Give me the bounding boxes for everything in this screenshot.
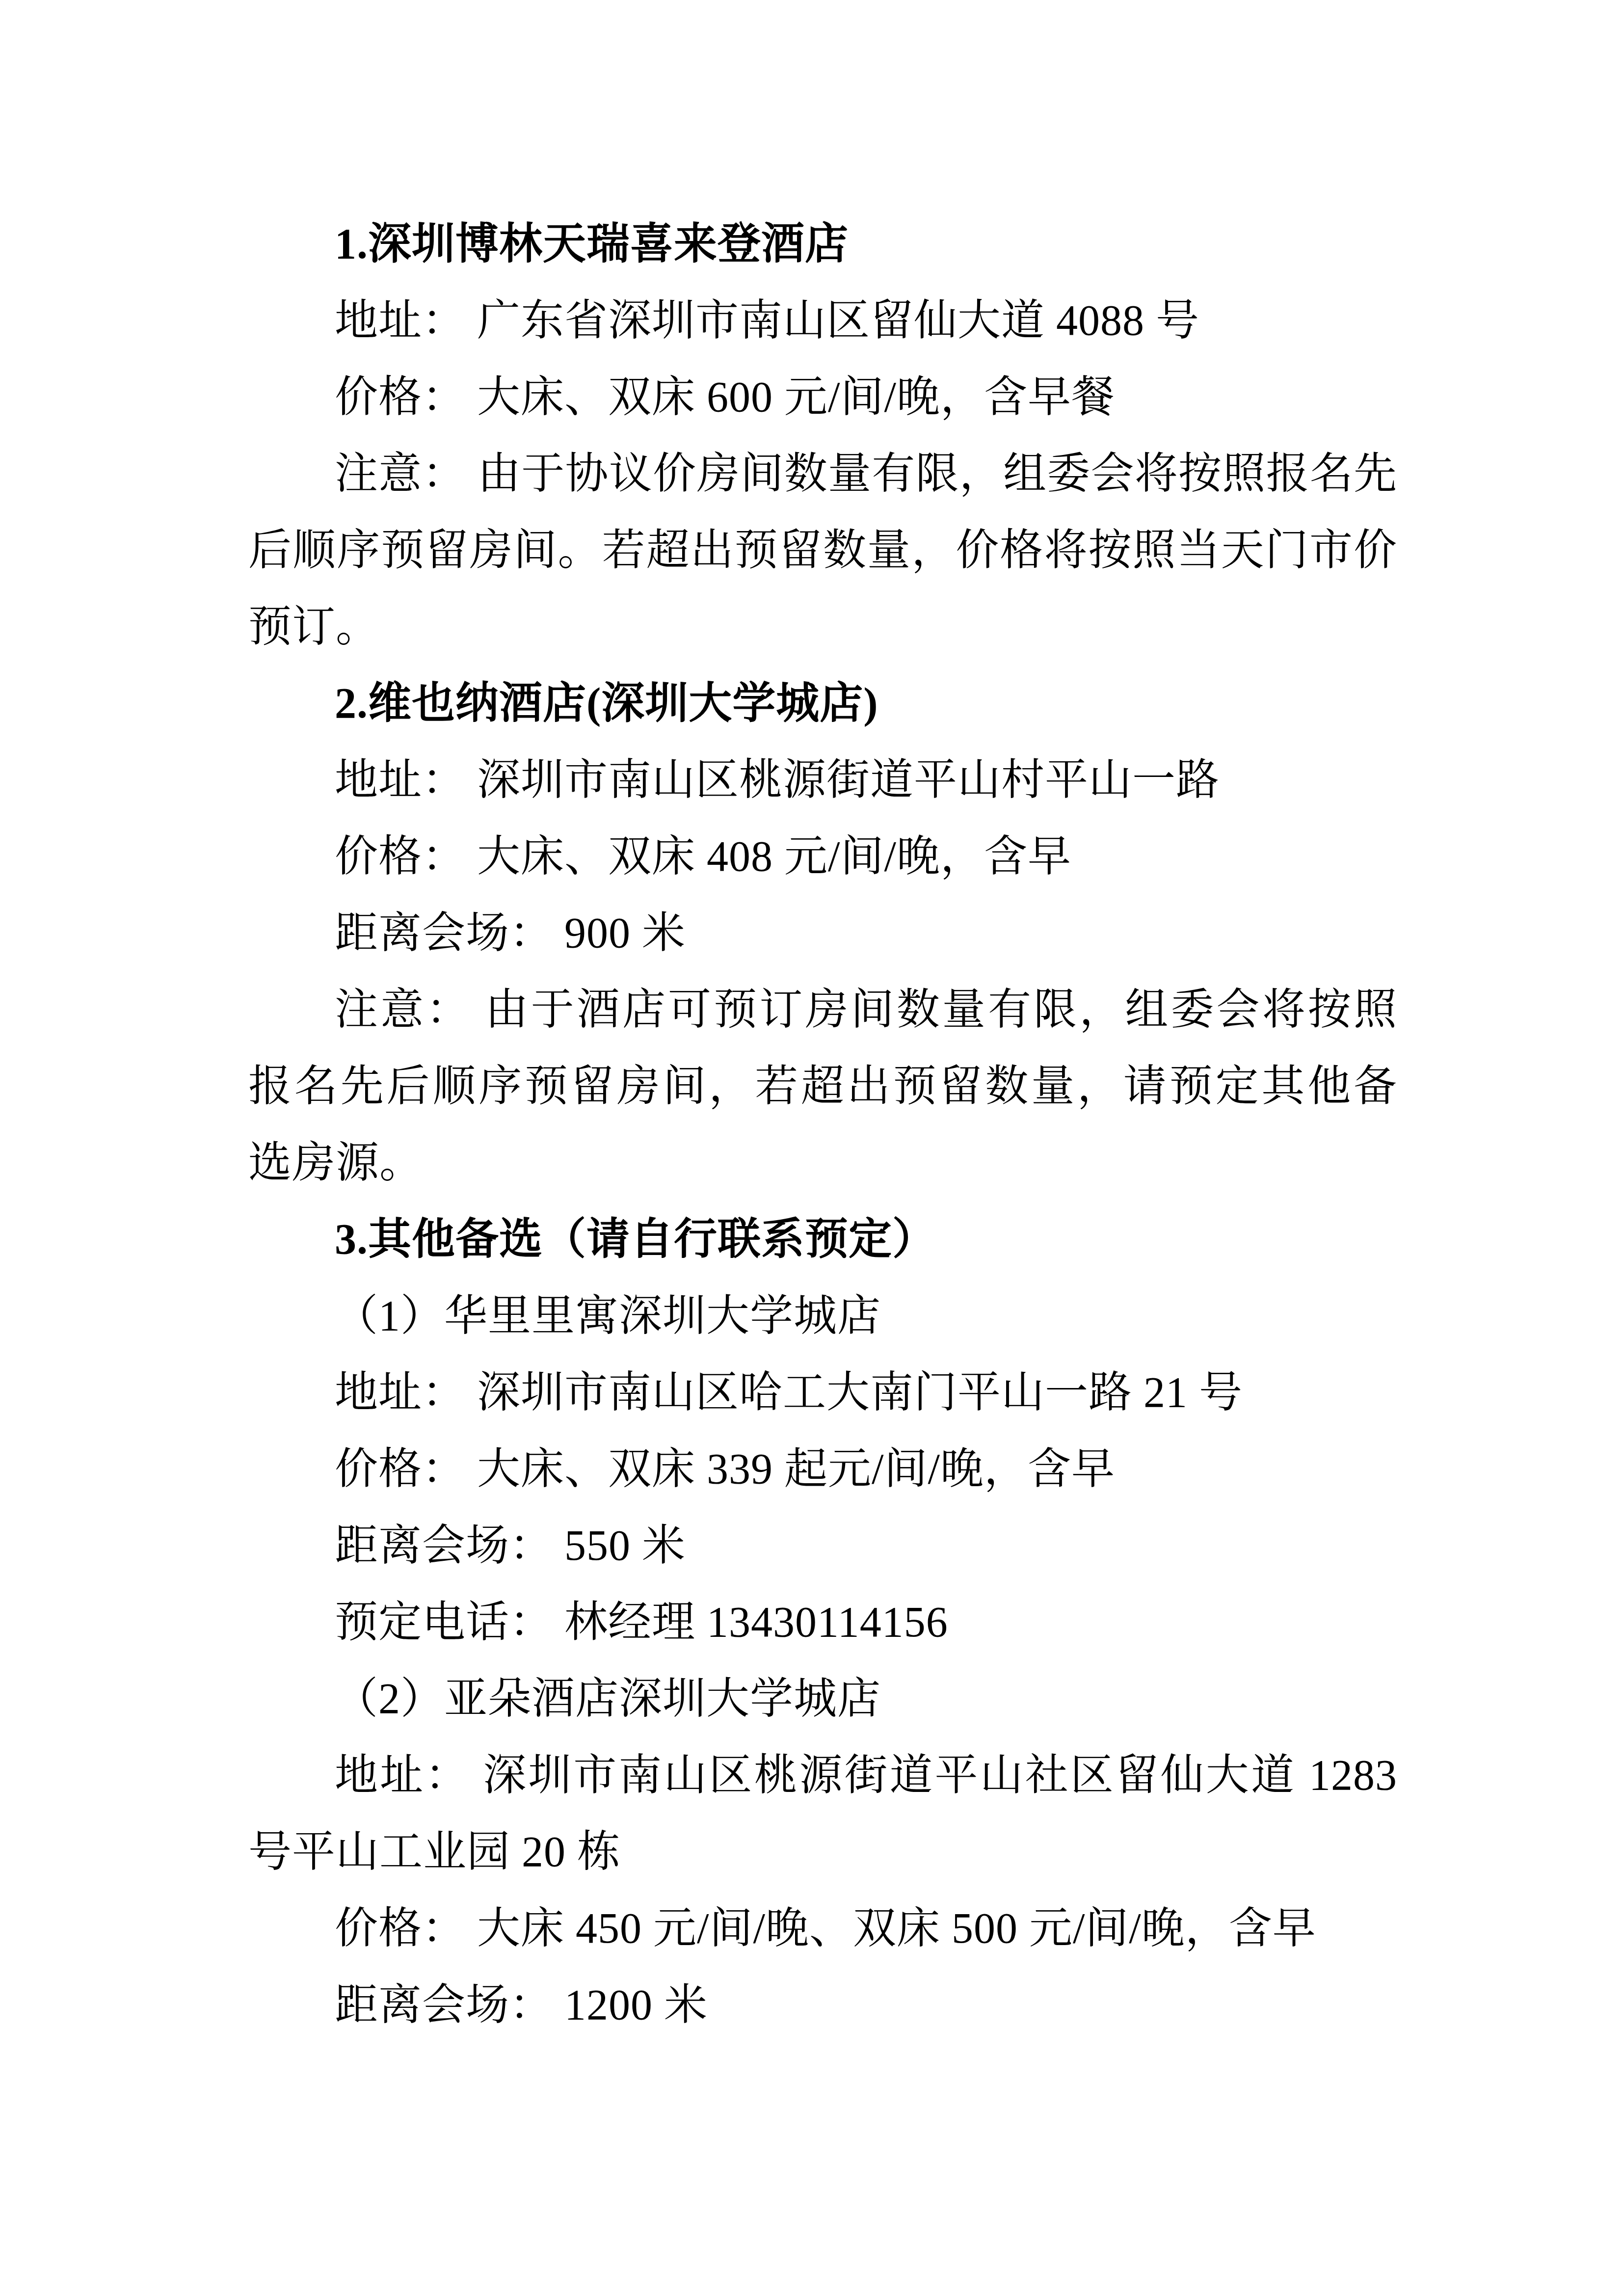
- section-3-title: 3.其他备选（请自行联系预定）: [248, 1201, 1397, 1278]
- alt-hotel-1-price: 价格： 大床、双床 339 起元/间/晚，含早: [248, 1431, 1397, 1508]
- hotel-2-note-line-2: 报名先后顺序预留房间，若超出预留数量，请预定其他备: [248, 1048, 1397, 1125]
- alt-hotel-2-address-line-1: 地址： 深圳市南山区桃源街道平山社区留仙大道 1283: [248, 1737, 1397, 1814]
- hotel-2-note-line-1: 注意： 由于酒店可预订房间数量有限，组委会将按照: [248, 972, 1397, 1048]
- alt-hotel-1-distance: 距离会场： 550 米: [248, 1508, 1397, 1584]
- hotel-2-price: 价格： 大床、双床 408 元/间/晚，含早: [248, 819, 1397, 895]
- hotel-2-title: 2.维也纳酒店(深圳大学城店): [248, 666, 1397, 742]
- alt-hotel-2-address-line-2: 号平山工业园 20 栋: [248, 1814, 1397, 1891]
- alt-hotel-2-price: 价格： 大床 450 元/间/晚、双床 500 元/间/晚，含早: [248, 1891, 1397, 1967]
- hotel-1-note-line-2: 后顺序预留房间。若超出预留数量，价格将按照当天门市价: [248, 512, 1397, 589]
- hotel-1-address: 地址： 广东省深圳市南山区留仙大道 4088 号: [248, 283, 1397, 359]
- alt-hotel-2-title: （2）亚朵酒店深圳大学城店: [248, 1661, 1397, 1737]
- hotel-1-price: 价格： 大床、双床 600 元/间/晚，含早餐: [248, 359, 1397, 436]
- hotel-2-address: 地址： 深圳市南山区桃源街道平山村平山一路: [248, 742, 1397, 819]
- page-content: 1.深圳博林天瑞喜来登酒店 地址： 广东省深圳市南山区留仙大道 4088 号 价…: [248, 206, 1397, 2044]
- alt-hotel-2-distance: 距离会场： 1200 米: [248, 1967, 1397, 2044]
- hotel-1-note-line-3: 预订。: [248, 589, 1397, 666]
- alt-hotel-1-title: （1）华里里寓深圳大学城店: [248, 1278, 1397, 1355]
- hotel-1-note-line-1: 注意： 由于协议价房间数量有限，组委会将按照报名先: [248, 436, 1397, 512]
- document-page: 1.深圳博林天瑞喜来登酒店 地址： 广东省深圳市南山区留仙大道 4088 号 价…: [0, 0, 1623, 2296]
- hotel-2-distance: 距离会场： 900 米: [248, 895, 1397, 972]
- alt-hotel-1-phone: 预定电话： 林经理 13430114156: [248, 1584, 1397, 1661]
- alt-hotel-1-address: 地址： 深圳市南山区哈工大南门平山一路 21 号: [248, 1355, 1397, 1431]
- hotel-1-title: 1.深圳博林天瑞喜来登酒店: [248, 206, 1397, 283]
- hotel-2-note-line-3: 选房源。: [248, 1125, 1397, 1201]
